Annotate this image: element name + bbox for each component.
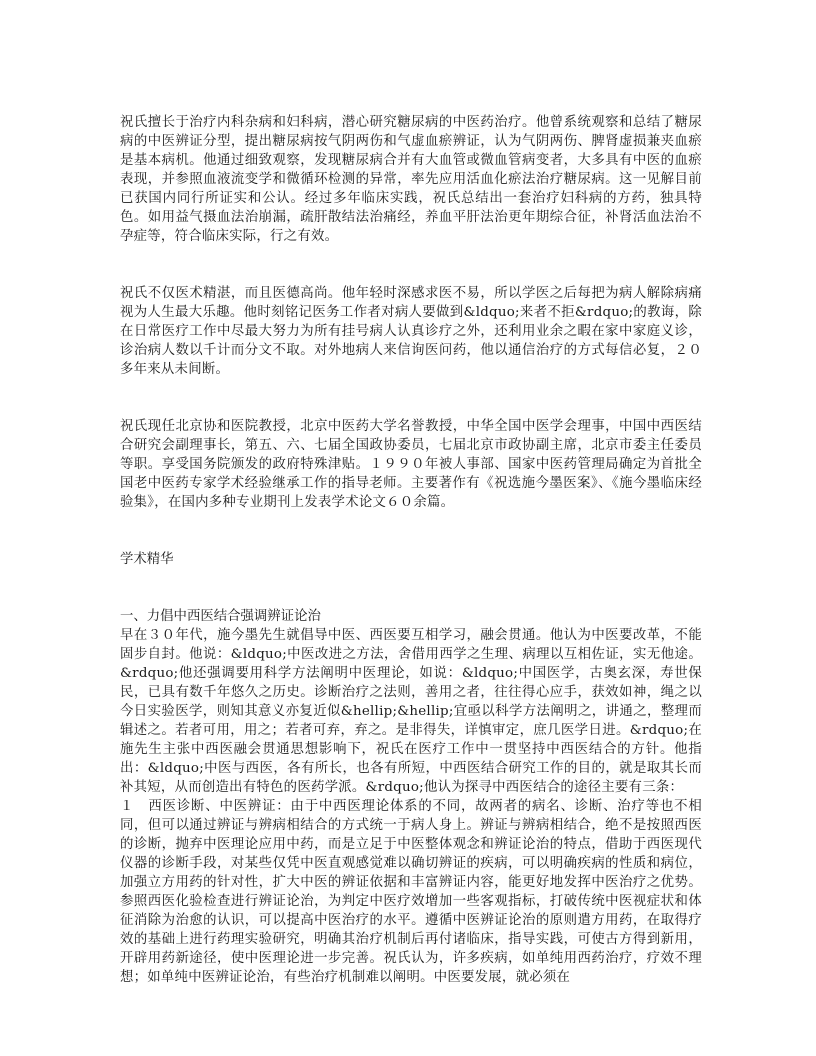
subsection-body: 早在３０年代，施今墨先生就倡导中医、西医要互相学习，融会贯通。他认为中医要改革，… bbox=[120, 626, 702, 797]
section-heading: 学术精华 bbox=[120, 550, 702, 569]
document-page: 祝氏擅长于治疗内科杂病和妇科病，潜心研究糖尿病的中医药治疗。他曾系统观察和总结了… bbox=[120, 113, 702, 987]
subsection-point-1: １ 西医诊断、中医辨证：由于中西医理论体系的不同，故两者的病名、诊断、治疗等也不… bbox=[120, 797, 702, 987]
spacer bbox=[120, 512, 702, 550]
paragraph-specialties: 祝氏擅长于治疗内科杂病和妇科病，潜心研究糖尿病的中医药治疗。他曾系统观察和总结了… bbox=[120, 113, 702, 246]
spacer bbox=[120, 379, 702, 417]
paragraph-ethics: 祝氏不仅医术精湛，而且医德高尚。他年轻时深感求医不易，所以学医之后每把为病人解除… bbox=[120, 284, 702, 379]
spacer bbox=[120, 569, 702, 607]
subsection-title: 一、力倡中西医结合强调辨证论治 bbox=[120, 607, 702, 626]
spacer bbox=[120, 246, 702, 284]
paragraph-positions: 祝氏现任北京协和医院教授，北京中医药大学名誉教授，中华全国中医学会理事，中国中西… bbox=[120, 417, 702, 512]
